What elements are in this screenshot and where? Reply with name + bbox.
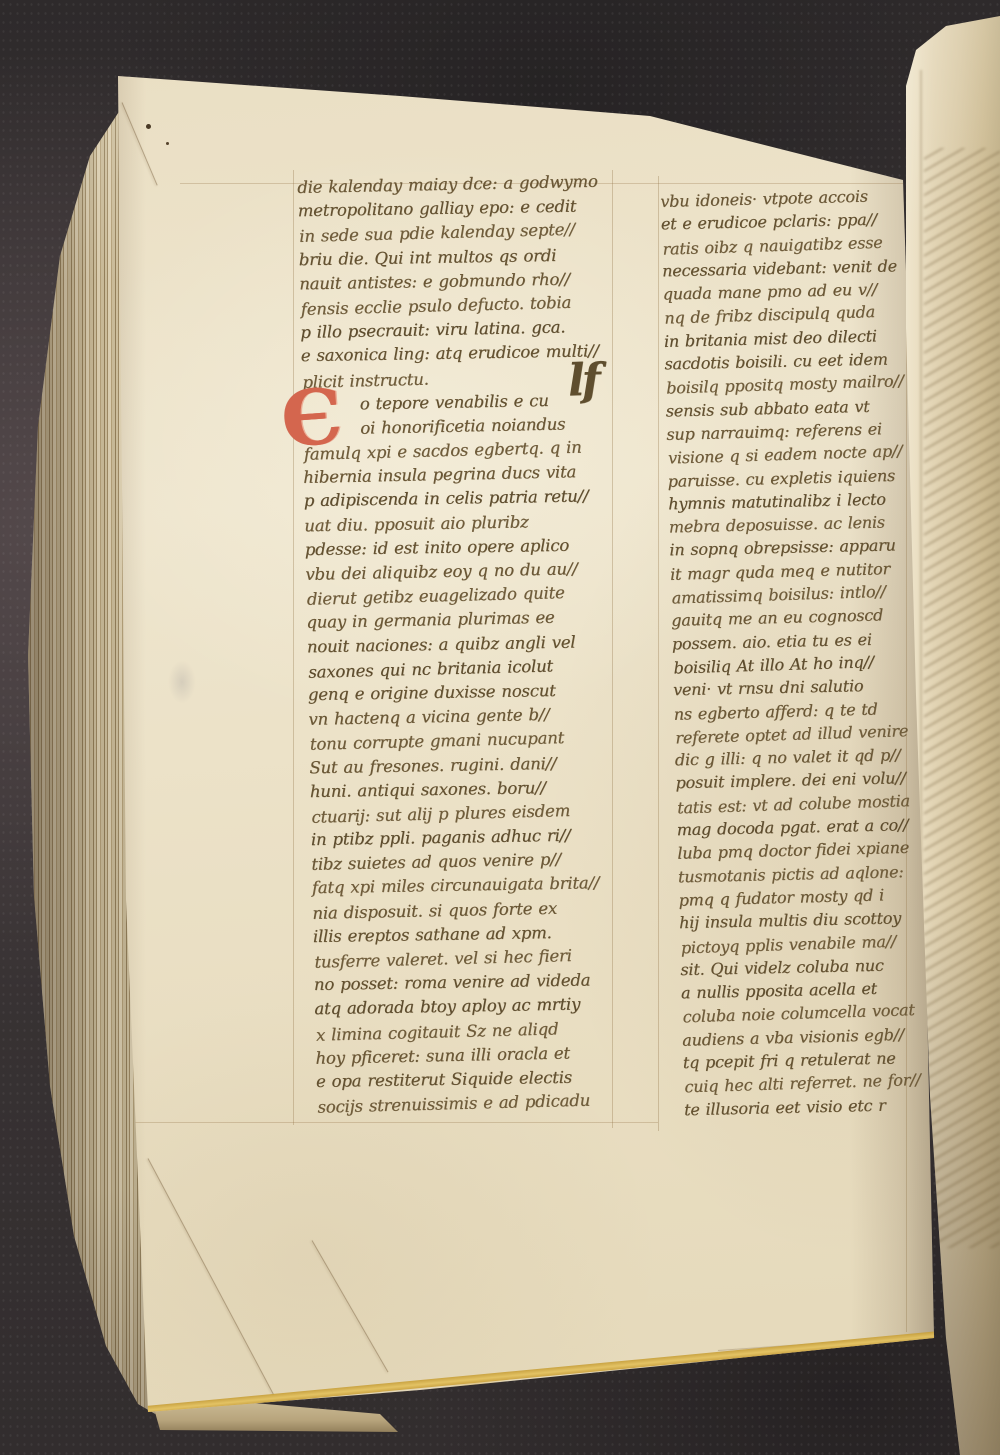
ruling-line-horizontal [128, 1122, 658, 1123]
manuscript-page: die kalenday maiay dce: a godwymometropo… [100, 60, 945, 1425]
next-leaf-blurred-text [924, 148, 1000, 1248]
manuscript-photo: die kalenday maiay dce: a godwymometropo… [0, 0, 1000, 1455]
margin-mark: lf [567, 357, 598, 404]
ink-spot [166, 142, 169, 145]
text-column-right: vbu idoneis· vtpote accoiset e erudicoe … [660, 183, 938, 1121]
rubricated-initial-E: Є [279, 380, 354, 463]
ruling-line-vertical [293, 170, 294, 1125]
smudge-stain [168, 660, 196, 704]
text-column-left: die kalenday maiay dce: a godwymometropo… [297, 169, 669, 1119]
ink-spot [146, 124, 151, 129]
